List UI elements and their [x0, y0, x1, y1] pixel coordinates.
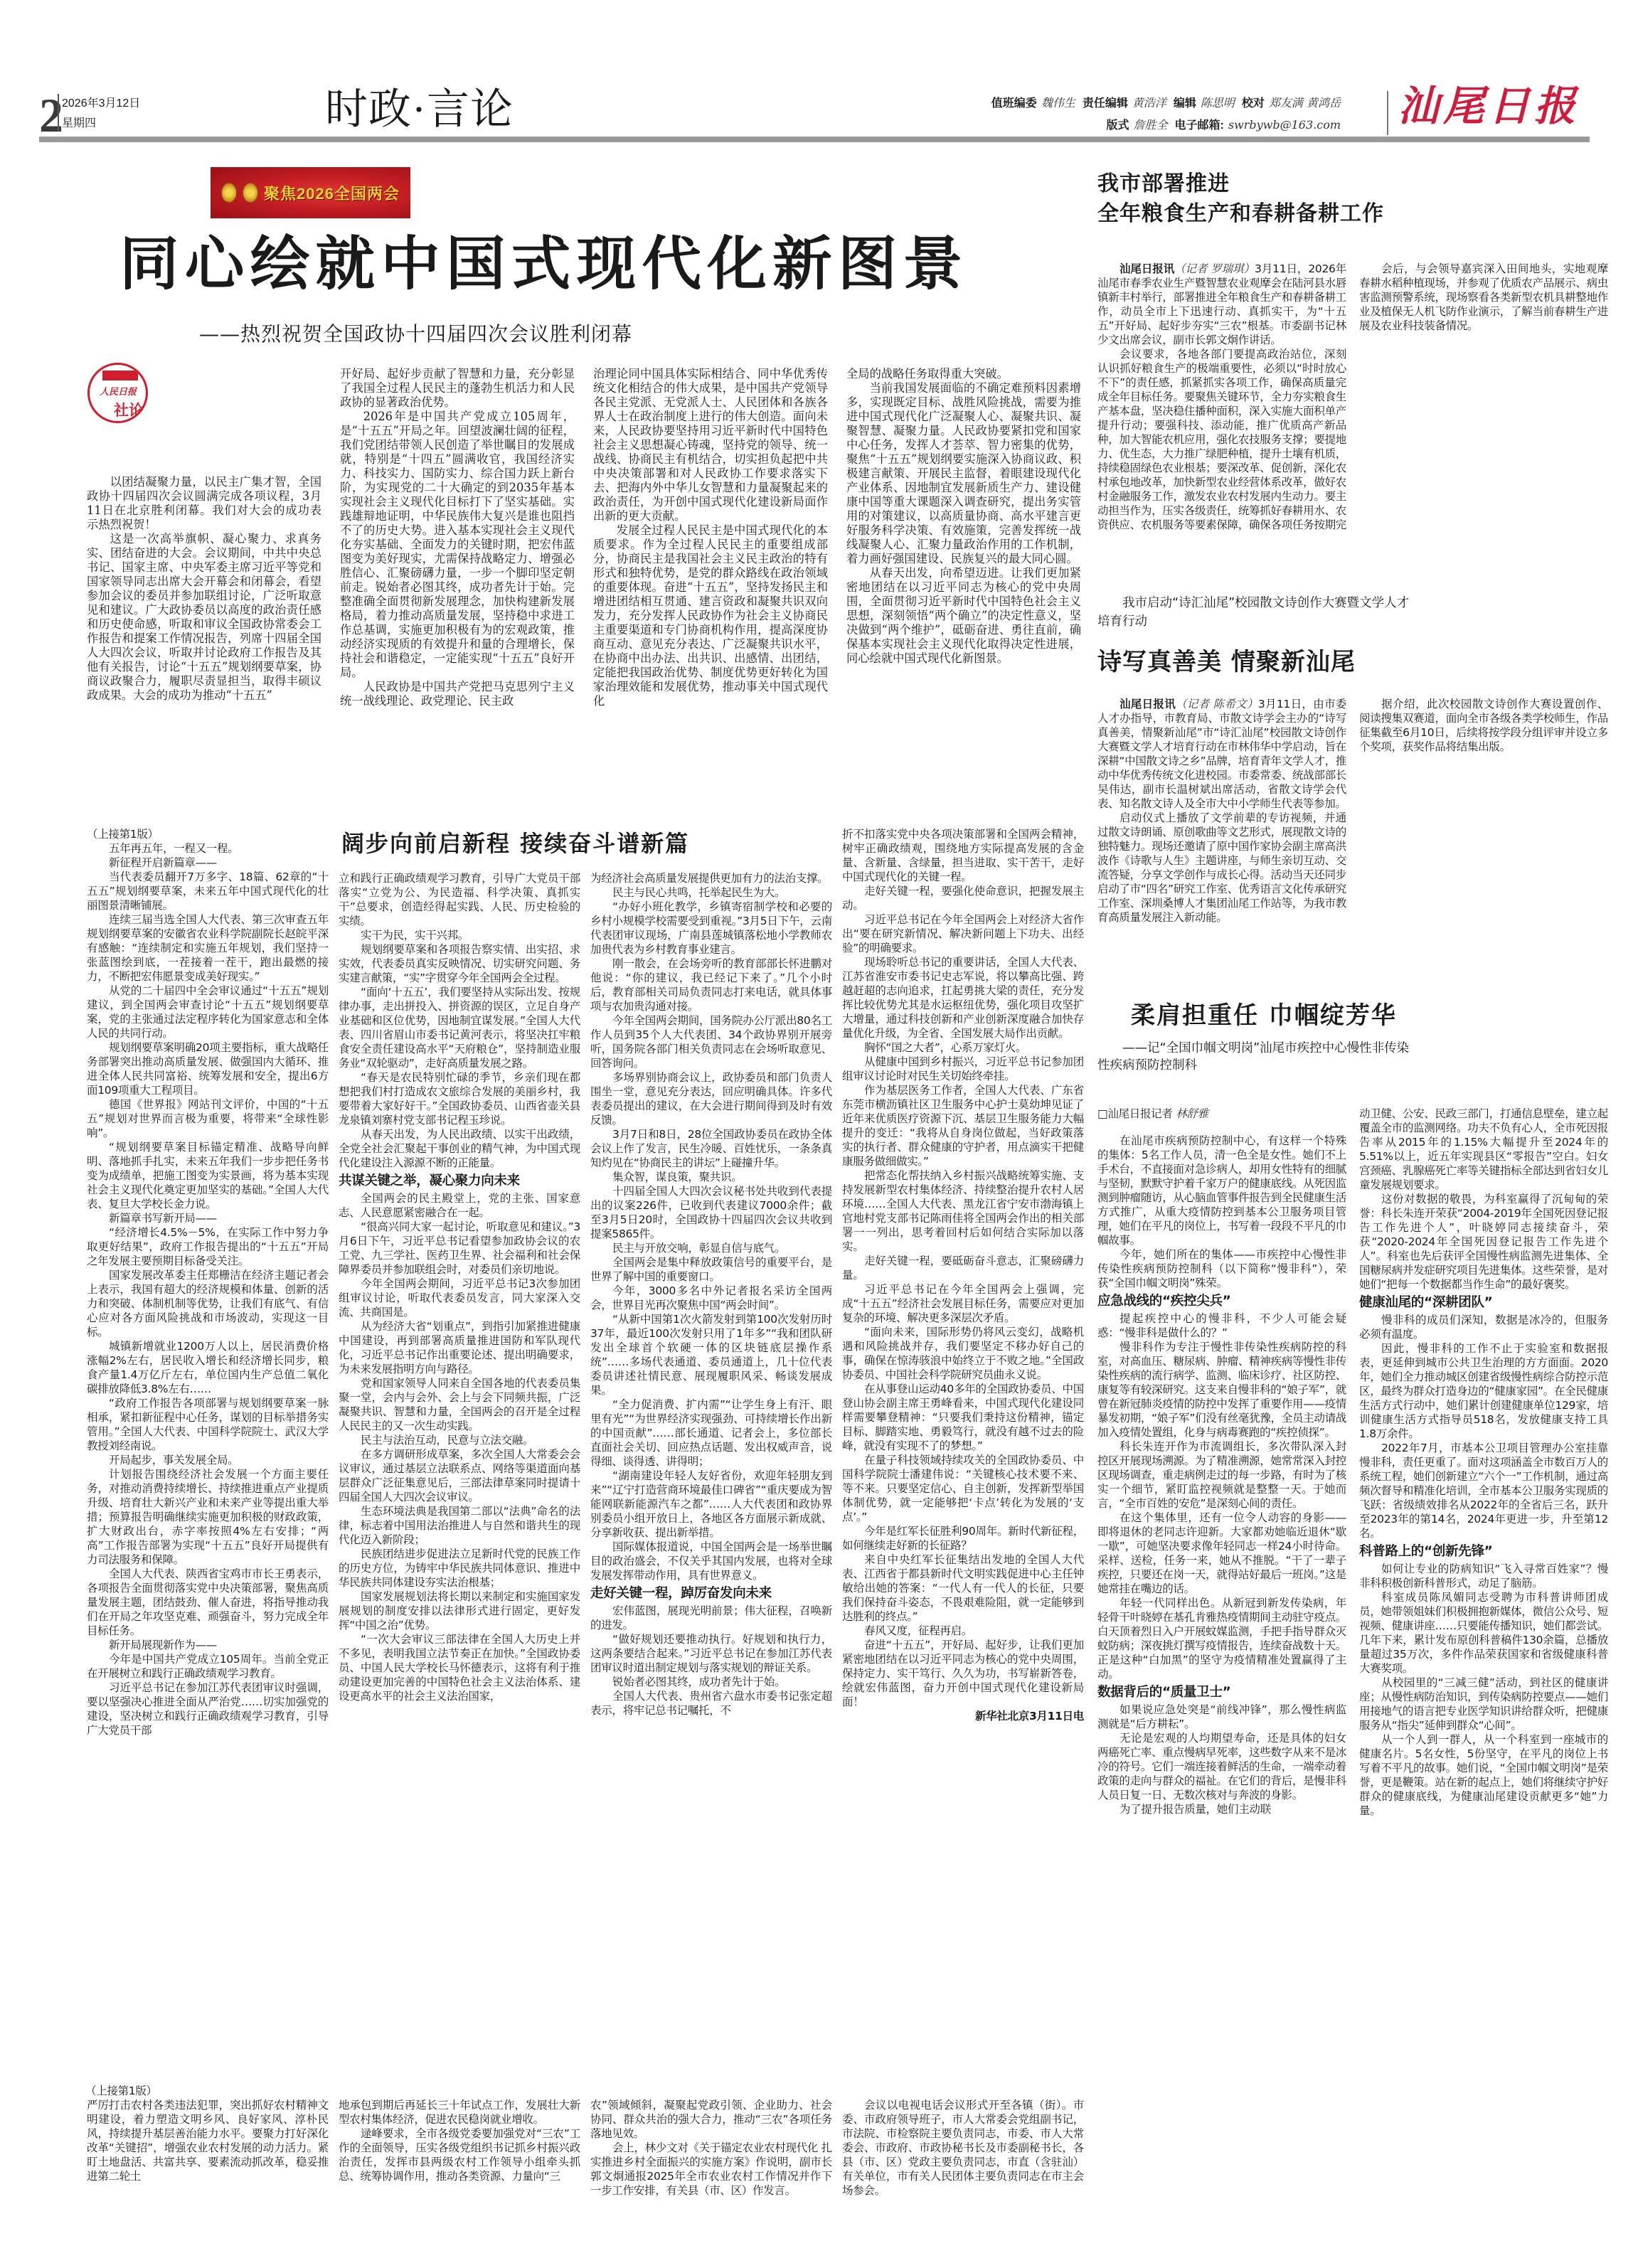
- paragraph: 民主与开放交响，彰显自信与底气。: [590, 1241, 832, 1255]
- paragraph: 会上，林少文对《关于锚定农业农村现代化 扎实推进乡村全面振兴的实施方案》作说明，…: [590, 2141, 832, 2198]
- subheading: 走好关键一程，踔厉奋发向未来: [590, 1587, 832, 1601]
- paragraph: 习近平总书记在参加江苏代表团审议时强调，要以坚强决心推进全面从严治党……切实加强…: [87, 1681, 329, 1737]
- paragraph: “湖南建设年轻人友好省份，欢迎年轻朋友到来”“辽宁打造营商环境最佳口碑省”“重庆…: [590, 1469, 832, 1540]
- byline: （记者 罗瑞琪）: [1174, 262, 1255, 275]
- paragraph: 科室成员陈凤媚同志受聘为市科普讲师团成员，她带领姐妹们积极拥抱新媒体，微信公众号…: [1359, 1590, 1608, 1676]
- paragraph: 发展全过程人民民主是中国式现代化的本质要求。作为全过程人民民主的重要组成部分，协…: [593, 523, 828, 708]
- paragraph: 集众智，谋良策，聚共识。: [590, 1170, 832, 1184]
- paragraph: “全力促消费、扩内需”“让学生身上有汗、眼里有光”“为世界经济实现强劲、可持续增…: [590, 1397, 832, 1469]
- feature-column-3: 为经济社会高质量发展提供更加有力的法治支撑。民主与民心共鸣，托举起民生为大。“办…: [590, 871, 832, 2079]
- paragraph: 在量子科技领域持续攻关的全国政协委员、中国科学院院士潘建伟说：“关键核心技术要不…: [842, 1453, 1084, 1524]
- paragraph: 无论是宏观的人均期望寿命，还是具体的妇女两癌死亡率、重点慢病早死率，这些数字从来…: [1097, 1731, 1346, 1802]
- paragraph: 从春天出发，为人民出政绩、以实干出政绩，全党全社会汇聚起干事创业的精气神，为中国…: [339, 1127, 580, 1170]
- bottom-column-3: 农”领域倾斜，凝聚起党政引领、企业助力、社会协同、群众共治的强大合力，推动“三农…: [590, 2098, 832, 2226]
- paragraph: 这份对数据的敬畏，为科室赢得了沉甸甸的荣誉：科长朱连开荣获“2004-2019年…: [1359, 1192, 1608, 1292]
- paragraph: 会议要求，各地各部门要提高政治站位，深刻认识抓好粮食生产的极端重要性，必须以“时…: [1097, 347, 1346, 532]
- paragraph: 全局的战略任务取得重大突破。: [846, 367, 1081, 381]
- paragraph: 刚一散会，在会场旁听的教育部部长怀进鹏对他说：“你的建议，我已经记下来了。”几个…: [590, 957, 832, 1013]
- poetry-pre-title: 我市启动“诗汇汕尾”校园散文诗创作大赛暨文学人才培育行动: [1097, 594, 1410, 631]
- date-text: 2026年3月12日: [62, 94, 140, 114]
- paragraph: 启动仪式上播放了文学前辈的专访视频，并通过散文诗朗诵、原创歌曲等文艺形式，展现散…: [1097, 811, 1346, 925]
- paragraph: 新篇章书写新开局——: [87, 1211, 329, 1225]
- paragraph: “从新中国第1次火箭发射到第100次发射历时37年，最近100次发射只用了1年多…: [590, 1312, 832, 1397]
- paragraph: 这是一次高举旗帜、凝心聚力、求真务实、团结奋进的大会。会议期间，中共中央总书记、…: [87, 532, 321, 703]
- paragraph: 会后，与会领导嘉宾深入田间地头，实地观摩春耕水稻种植现场，并参观了优质农产品展示…: [1359, 262, 1608, 333]
- paragraph: “规划纲要草案目标锚定精准、战略导向鲜明、落地抓手扎实，未来五年我们一步步把任务…: [87, 1140, 329, 1211]
- byline: （记者 陈希文）: [1176, 698, 1258, 710]
- banner-text: 聚焦2026全国两会: [264, 182, 400, 204]
- editorial-column-2: 开好局、起好步贡献了智慧和力量，充分彰显了我国全过程人民民主的蓬勃生机活力和人民…: [340, 367, 575, 808]
- subheading: 科普路上的“创新先锋”: [1359, 1545, 1608, 1559]
- paragraph: 德国《世界报》网站刊文评价，中国的“十五五”规划对世界而言极为重要，将带来“全球…: [87, 1097, 329, 1140]
- paragraph: “春天是农民特别忙碌的季节，乡亲们现在都想把我们村打造成农文旅综合发展的美丽乡村…: [339, 1070, 580, 1127]
- section-title: 时政·言论: [325, 88, 514, 131]
- credit-label: 编辑: [1174, 97, 1196, 110]
- paragraph: 从一个人到一群人，从一个科室到一座城市的健康名片。5名女性，5份坚守，在平凡的岗…: [1359, 1732, 1608, 1818]
- paragraph: 全国两会的民主殿堂上，党的主张、国家意志、人民意愿紧密融合在一起。: [339, 1191, 580, 1220]
- paragraph: 逯峰要求，全市各级党委要加强党对“三农”工作的全面领导，压实各级党组织书记抓乡村…: [339, 2126, 580, 2183]
- editorial-column-4: 全局的战略任务取得重大突破。当前我国发展面临的不确定难预料因素增多，实现既定目标…: [846, 367, 1081, 808]
- paragraph: 国际媒体报道说，中国全国两会是一场举世瞩目的政治盛会，不仅关乎其国内发展，也将对…: [590, 1540, 832, 1582]
- issue-date: 2026年3月12日 星期四: [62, 94, 140, 134]
- paragraph: 年轻一代同样出色。从新冠到新发传染病，年轻骨干叶晓婷在基孔肯雅热疫情期间主动驻守…: [1097, 1596, 1346, 1681]
- bottom-column-4: 会议以电视电话会议形式开至各镇（街）。市委、市政府领导班子，市人大常委会党组副书…: [842, 2098, 1084, 2226]
- page-number: 2: [39, 91, 63, 139]
- paragraph: 如何让专业的防病知识“飞入寻常百姓家”？慢非科积极创新科普形式，动足了脑筋。: [1359, 1562, 1608, 1590]
- subheading: 健康汕尾的“深耕团队”: [1359, 1296, 1608, 1310]
- paragraph: 走好关键一程，要砥砺奋斗意志，汇聚磅礴力量。: [842, 1254, 1084, 1282]
- paragraph: 开好局、起好步贡献了智慧和力量，充分彰显了我国全过程人民民主的蓬勃生机活力和人民…: [340, 367, 575, 410]
- paragraph: 全国人大代表、贵州省六盘水市委书记张定超表示，将牢记总书记嘱托，不: [590, 1689, 832, 1718]
- paragraph: “面向‘十五五’，我们要坚持从实际出发、按规律办事，走出拼投入、拼资源的误区，立…: [339, 985, 580, 1070]
- paragraph: 习近平总书记在今年全国两会上对经济大省作出“要在研究新情况、解决新问题上下功夫、…: [842, 912, 1084, 955]
- dateline-signature: 新华社北京3月11日电: [842, 1709, 1084, 1723]
- paragraph: “经济增长4.5%－5%，在实际工作中努力争取更好结果”，政府工作报告提出的“十…: [87, 1225, 329, 1268]
- paragraph: 今年，3000多名中外记者报名采访全国两会，世界目光再次聚焦中国“两会时间”。: [590, 1284, 832, 1312]
- paragraph: 规划纲要草案和各项报告察实情、出实招、求实效，代表委员真实反映情况、切实研究问题…: [339, 942, 580, 985]
- paragraph: 国家发展改革委主任郑栅洁在经济主题记者会上表示，我国有超大的经济规模和体量、创新…: [87, 1268, 329, 1339]
- paragraph: 全国人大代表、陕西省宝鸡市市长王勇表示，各项报告全面贯彻落实党中央决策部署，聚焦…: [87, 1567, 329, 1638]
- subheading: 数据背后的“质量卫士”: [1097, 1686, 1346, 1700]
- paragraph: 连续三届当选全国人大代表、第三次审查五年规划纲要草案的安徽省农业科学院副院长赵皖…: [87, 912, 329, 984]
- paragraph: 2022年7月，市基本公卫项目管理办公室挂靠慢非科，责任更重了。面对这项涵盖全市…: [1359, 1441, 1608, 1540]
- seal-gate-icon: [102, 371, 138, 380]
- paragraph: 科长朱连开作为市流调组长，多次带队深入封控区开展现场溯源。为了精准溯源，她常常深…: [1097, 1439, 1346, 1511]
- feature-column-4: 折不扣落实党中央各项决策部署和全国两会精神，树牢正确政绩观，围绕地方实际提高发展…: [842, 827, 1084, 2079]
- paragraph: 开局起步，事关发展全局。: [87, 1453, 329, 1467]
- paragraph: 从健康中国到乡村振兴，习近平总书记参加团组审议讨论时对民生关切始终牵挂。: [842, 1055, 1084, 1083]
- paragraph: 计划报告围绕经济社会发展一个方面主要任务，对推动消费持续增长、持续推进重点产业提…: [87, 1467, 329, 1567]
- paragraph: 民族团结进步促进法立足新时代党的民族工作的历史方位，为铸牢中华民族共同体意识、推…: [339, 1547, 580, 1590]
- paragraph: 人民政协是中国共产党把马克思列宁主义统一战线理论、政党理论、民主政: [340, 680, 575, 708]
- newspaper-logo: 汕尾日报: [1398, 85, 1580, 127]
- paragraph: 来自中央红军长征集结出发地的全国人大代表、江西省于都县新时代文明实践促进中心主任…: [842, 1553, 1084, 1624]
- paragraph: 2026年是中国共产党成立105周年，是“十五五”开局之年。回望波澜壮阔的征程，…: [340, 410, 575, 680]
- dateline: 汕尾日报讯: [1120, 262, 1174, 275]
- paragraph: 五年再五年，一程又一程。: [87, 841, 329, 856]
- paragraph: 严厉打击农村各类违法犯罪，突出抓好农村精神文明建设，着力塑造文明乡风、良好家风、…: [87, 2098, 329, 2183]
- credit-label: 电子邮箱:: [1174, 119, 1223, 132]
- dateline: 汕尾日报讯: [1120, 698, 1176, 710]
- paragraph: 今年是红军长征胜利90周年。新时代新征程，如何继续走好新的长征路？: [842, 1524, 1084, 1553]
- paragraph: 实干为民，实干兴邦。: [339, 928, 580, 942]
- paragraph: 作为基层医务工作者，全国人大代表、广东省东莞市横沥镇社区卫生服务中心护士莫幼坤见…: [842, 1083, 1084, 1168]
- paragraph: 提起疾控中心的慢非科，不少人可能会疑惑：“慢非科是做什么的？”: [1097, 1311, 1346, 1340]
- paragraph: 3月7日和8日，28位全国政协委员在政协全体会议上作了发言，民生冷暖、百姓忧乐，…: [590, 1127, 832, 1170]
- weekday-text: 星期四: [62, 114, 140, 134]
- national-emblem-icon: [221, 183, 237, 203]
- paragraph: “很高兴同大家一起讨论，听取意见和建议。”3月6日下午，习近平总书记看望参加政协…: [339, 1220, 580, 1277]
- paragraph: 折不扣落实党中央各项决策部署和全国两会精神，树牢正确政绩观，围绕地方实际提高发展…: [842, 827, 1084, 884]
- paragraph: 现场聆听总书记的重要讲话，全国人大代表、江苏省淮安市委书记史志军说，将以攀高比强…: [842, 955, 1084, 1040]
- paragraph: 宏伟蓝图，展现光明前景；伟大征程，召唤新的进发。: [590, 1604, 832, 1632]
- paragraph: 在这个集体里，还有一位令人动容的身影——即将退休的老同志许迎新。大家都劝她临近退…: [1097, 1511, 1346, 1596]
- divider: [1387, 91, 1388, 135]
- paragraph: 动卫健、公安、民政三部门，打通信息壁垒，建立起覆盖全市的监测网络。功夫不负有心人…: [1359, 1107, 1608, 1192]
- paragraph: 据介绍，此次校园散文诗创作大赛设置创作、阅读搜集双赛道，面向全市各级各类学校师生…: [1359, 697, 1608, 754]
- byline: □汕尾日报记者 林舒雅: [1097, 1107, 1346, 1121]
- paragraph: 新开局展现新作为——: [87, 1638, 329, 1652]
- credit-label: 责任编辑: [1083, 97, 1128, 110]
- paragraph: 今年全国两会期间，国务院办公厅派出80名工作人员到35个人大代表团、34个政协界…: [590, 1013, 832, 1070]
- feature-column-2: 立和践行正确政绩观学习教育，引导广大党员干部落实“立党为公、为民造福、科学决策、…: [339, 871, 580, 2079]
- masthead: 2 2026年3月12日 星期四 时政·言论 值班编委魏伟生责任编辑黄浩洋编辑陈…: [39, 78, 1590, 142]
- peoples-daily-editorial-seal: 人民日报 社论: [87, 363, 148, 423]
- paragraph: “做好规划还要推动执行。好规划和执行力，这两条要结合起来。”习近平总书记在参加江…: [590, 1632, 832, 1675]
- paragraph: 规划纲要草案明确20项主要指标，重大战略任务部署突出推动高质量发展、做强国内大循…: [87, 1040, 329, 1097]
- bottom-continued-note: （上接第1版）: [85, 2084, 228, 2098]
- paragraph: 奋进“十五五”，开好局、起好步，让我们更加紧密地团结在以习近平同志为核心的党中央…: [842, 1638, 1084, 1709]
- header-rule: [39, 137, 1590, 142]
- paragraph: 立和践行正确政绩观学习教育，引导广大党员干部落实“立党为公、为民造福、科学决策、…: [339, 871, 580, 928]
- paragraph: 十四届全国人大四次会议秘书处共收到代表提出的议案226件，已收到代表建议7000…: [590, 1184, 832, 1241]
- credit-name: swrbywb@163.com: [1228, 118, 1341, 132]
- subheading: 应急战线的“疾控尖兵”: [1097, 1294, 1346, 1309]
- feature-column-1: 五年再五年，一程又一程。新征程开启新篇章——当代表委员翻开7万多字、18篇、62…: [87, 841, 329, 2079]
- paragraph: 治理论同中国具体实际相结合、同中华优秀传统文化相结合的伟大成果，是中国共产党领导…: [593, 367, 828, 523]
- paragraph: 从校园里的“三减三健”活动，到社区的健康讲座；从慢性病防治知识，到传染病防控要点…: [1359, 1676, 1608, 1732]
- paragraph: “一次大会审议三部法律在全国人大历史上并不多见，表明我国立法节奏正在加快。”全国…: [339, 1632, 580, 1703]
- bottom-column-1: 严厉打击农村各类违法犯罪，突出抓好农村精神文明建设，着力塑造文明乡风、良好家风、…: [87, 2098, 329, 2212]
- paragraph: 从党的二十届四中全会审议通过“十五五”规划建议，到全国两会审查讨论“十五五”规划…: [87, 984, 329, 1040]
- paragraph: 为了提升报告质量，她们主动联: [1097, 1802, 1346, 1816]
- paragraph: “办好小班化教学，乡镇寄宿制学校和必要的乡村小规模学校需要受到重视。”3月5日下…: [590, 900, 832, 957]
- editorial-subtitle: ——热烈祝贺全国政协十四届四次会议胜利闭幕: [199, 319, 632, 347]
- cppcc-emblem-icon: [243, 183, 258, 203]
- bottom-column-2: 地承包到期后再延长三十年试点工作，发展壮大新型农村集体经济，促进农民稳岗就业增收…: [339, 2098, 580, 2226]
- health-column-1: □汕尾日报记者 林舒雅在汕尾市疾病预防控制中心，有这样一个特殊的集体：5名工作人…: [1097, 1107, 1346, 2216]
- continued-note: （上接第1版）: [87, 827, 229, 841]
- divider: [58, 94, 59, 131]
- paragraph: 习近平总书记在今年全国两会上强调，完成“十五五”经济社会发展目标任务，需要应对更…: [842, 1282, 1084, 1325]
- paragraph: 在汕尾市疾病预防控制中心，有这样一个特殊的集体：5名工作人员，清一色全是女性。她…: [1097, 1134, 1346, 1247]
- paragraph: 当前我国发展面临的不确定难预料因素增多，实现既定目标、战胜风险挑战，需要为推进中…: [846, 381, 1081, 566]
- health-column-2: 动卫健、公安、民政三部门，打通信息壁垒，建立起覆盖全市的监测网络。功夫不负有心人…: [1359, 1107, 1608, 2216]
- credit-name: 魏伟生: [1041, 96, 1075, 110]
- health-subtitle: ——记“全国巾帼文明岗”汕尾市疾控中心慢性非传染性疾病预防控制科: [1097, 1040, 1410, 1074]
- paragraph: “政府工作报告各项部署与规划纲要草案一脉相承，紧扣新征程中心任务，谋划的目标举措…: [87, 1396, 329, 1453]
- paragraph: 从春天出发，向希望迈进。让我们更加紧密地团结在以习近平同志为核心的党中央周围，全…: [846, 566, 1081, 666]
- banner-focus-two-sessions: 聚焦2026全国两会: [211, 167, 410, 218]
- paragraph: 在从事登山运动40多年的全国政协委员、中国登山协会副主席王勇峰看来，中国式现代化…: [842, 1382, 1084, 1453]
- paragraph: 走好关键一程，要强化使命意识，把握发展主动。: [842, 884, 1084, 912]
- credits-line-1: 值班编委魏伟生责任编辑黄浩洋编辑陈思明校对郑友满 黄鸿岳: [950, 92, 1348, 115]
- paragraph: 以团结凝聚力量，以民主广集才智，全国政协十四届四次会议圆满完成各项议程，3月11…: [87, 475, 321, 532]
- paragraph: 全国两会是集中释放政策信号的重要平台，是世界了解中国的重要窗口。: [590, 1255, 832, 1284]
- paragraph: 当代表委员翻开7万多字、18篇、62章的“十五五”规划纲要草案，未来五年中国式现…: [87, 870, 329, 912]
- health-headline: 柔肩担重任 巾帼绽芳华: [1131, 996, 1397, 1031]
- paragraph: 在多方调研形成草案，多次全国人大常委会会议审议，通过基层立法联系点、网络等渠道面…: [339, 1447, 580, 1504]
- paragraph: 会议以电视电话会议形式开至各镇（街）。市委、市政府领导班子，市人大常委会党组副书…: [842, 2098, 1084, 2198]
- editorial-headline: 同心绘就中国式现代化新图景: [119, 235, 1063, 293]
- paragraph: 从为经济大省“划重点”，到指引加紧推进健康中国建设，再到部署高质量推进国防和军队…: [339, 1319, 580, 1376]
- subheading: 共谋关键之举，凝心聚力向未来: [339, 1174, 580, 1188]
- lead-paragraph: 汕尾日报讯（记者 罗瑞琪）3月11日，2026年汕尾市春季农业生产暨智慧农业观摩…: [1097, 262, 1346, 347]
- paragraph: 今年全国两会期间，习近平总书记3次参加团组审议讨论，听取代表委员发言，同大家深入…: [339, 1277, 580, 1319]
- paragraph: 党和国家领导人同来自全国各地的代表委员集聚一堂，会内与会外、会上与会下同频共振，…: [339, 1376, 580, 1433]
- poetry-column-2: 据介绍，此次校园散文诗创作大赛设置创作、阅读搜集双赛道，面向全市各级各类学校师生…: [1359, 697, 1608, 932]
- paragraph: 锐始者必图其终，成功者先计于始。: [590, 1675, 832, 1689]
- paragraph: 国家发展规划法将长期以来制定和实施国家发展规划的制度安排以法律形式进行固定，更好…: [339, 1590, 580, 1632]
- paragraph: 因此，慢非科的工作不止于实验室和数据报表，更延伸到城市公共卫生治理的方方面面。2…: [1359, 1341, 1608, 1441]
- grain-article-headline: 我市部署推进 全年粮食生产和春耕备耕工作: [1097, 169, 1384, 229]
- paragraph: 春风又度，征程再启。: [842, 1624, 1084, 1638]
- editorial-column-1: 以团结凝聚力量，以民主广集才智，全国政协十四届四次会议圆满完成各项议程，3月11…: [87, 475, 321, 809]
- credit-name: 郑友满 黄鸿岳: [1269, 96, 1341, 110]
- lead-paragraph: 汕尾日报讯（记者 陈希文）3月11日，由市委人才办指导，市教育局、市散文诗学会主…: [1097, 697, 1346, 811]
- paragraph: 胸怀“国之大者”，心系万家灯火。: [842, 1040, 1084, 1055]
- grain-article-column-1: 汕尾日报讯（记者 罗瑞琪）3月11日，2026年汕尾市春季农业生产暨智慧农业观摩…: [1097, 262, 1346, 532]
- credit-label: 校对: [1242, 97, 1265, 110]
- paragraph: 多场界别协商会议上，政协委员和部门负责人围坐一堂，意见充分表达，回应明确具体。许…: [590, 1070, 832, 1127]
- credit-label: 版式: [1106, 119, 1129, 132]
- paragraph: 如果说应急处突是“前线冲锋”，那么慢性病监测就是“后方耕耘”。: [1097, 1703, 1346, 1731]
- paragraph: 为经济社会高质量发展提供更加有力的法治支撑。: [590, 871, 832, 885]
- paragraph: 民主与法治互动，民意与立法交融。: [339, 1433, 580, 1447]
- poetry-column-1: 汕尾日报讯（记者 陈希文）3月11日，由市委人才办指导，市教育局、市散文诗学会主…: [1097, 697, 1346, 932]
- paragraph: 今年是中国共产党成立105周年。当前全党正在开展树立和践行正确政绩观学习教育。: [87, 1652, 329, 1681]
- paragraph: 民主与民心共鸣，托举起民生为大。: [590, 885, 832, 900]
- credit-name: 黄浩洋: [1132, 96, 1166, 110]
- credits-line-2: 版式詹胜全电子邮箱:swrbywb@163.com: [950, 115, 1348, 137]
- paragraph: 今年，她们所在的集体——市疾控中心慢性非传染性疾病预防控制科（以下简称“慢非科”…: [1097, 1247, 1346, 1290]
- grain-article-column-2: 会后，与会领导嘉宾深入田间地头，实地观摩春耕水稻种植现场，并参观了优质农产品展示…: [1359, 262, 1608, 532]
- poetry-headline: 诗写真善美 情聚新汕尾: [1097, 642, 1356, 677]
- credit-name: 陈思明: [1201, 96, 1235, 110]
- paragraph: 慢非科作为专注于慢性非传染性疾病防控的科室，对高血压、糖尿病、肿瘤、精神疾病等慢…: [1097, 1340, 1346, 1439]
- credit-label: 值班编委: [991, 97, 1037, 110]
- credit-name: 詹胜全: [1133, 118, 1167, 132]
- editorial-column-3: 治理论同中国具体实际相结合、同中华优秀传统文化相结合的伟大成果，是中国共产党领导…: [593, 367, 828, 808]
- paragraph: 城镇新增就业1200万人以上，居民消费价格涨幅2%左右，居民收入增长和经济增长同…: [87, 1339, 329, 1396]
- paragraph: 慢非科的成员们深知，数据是冰冷的，但服务必须有温度。: [1359, 1313, 1608, 1341]
- paragraph: “面向未来，国际形势仍将风云变幻，战略机遇和风险挑战并存，我们要坚定不移办好自己…: [842, 1325, 1084, 1382]
- paragraph: 农”领域倾斜，凝聚起党政引领、企业助力、社会协同、群众共治的强大合力，推动“三农…: [590, 2098, 832, 2141]
- paragraph: 把常态化帮扶纳入乡村振兴战略统筹实施、支持发展新型农村集体经济、持续整治提升农村…: [842, 1168, 1084, 1254]
- paragraph: 地承包到期后再延长三十年试点工作，发展壮大新型农村集体经济，促进农民稳岗就业增收…: [339, 2098, 580, 2126]
- paragraph: 生态环境法典是我国第二部以“法典”命名的法律，标志着中国用法治推进人与自然和谐共…: [339, 1504, 580, 1547]
- editor-credits: 值班编委魏伟生责任编辑黄浩洋编辑陈思明校对郑友满 黄鸿岳 版式詹胜全电子邮箱:s…: [950, 92, 1348, 137]
- paragraph: 新征程开启新篇章——: [87, 856, 329, 870]
